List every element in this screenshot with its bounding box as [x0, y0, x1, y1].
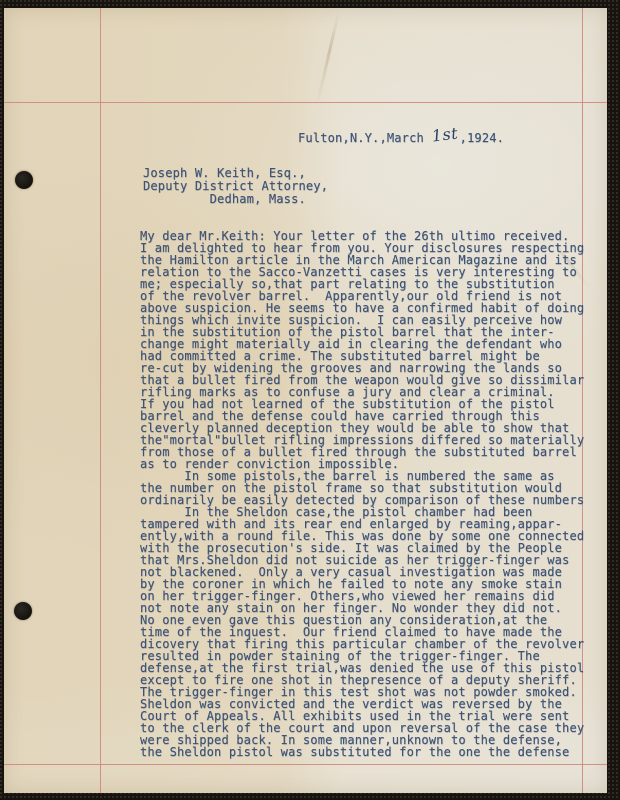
dateline-typed-prefix: Fulton,N.Y.,March [298, 131, 431, 145]
scanner-background: Fulton,N.Y.,March 1st,1924. Joseph W. Ke… [0, 0, 620, 800]
dateline-typed-suffix: ,1924. [460, 131, 504, 145]
top-margin-rule [4, 102, 607, 103]
dateline-handwritten-day: 1st [430, 127, 460, 142]
paper-crease-top [315, 13, 340, 107]
recipient-address-block: Joseph W. Keith, Esq., Deputy District A… [143, 167, 328, 206]
hole-punch-bottom [14, 602, 32, 620]
letter-body-text: My dear Mr.Keith: Your letter of the 26t… [140, 230, 584, 758]
letter-page: Fulton,N.Y.,March 1st,1924. Joseph W. Ke… [4, 8, 607, 793]
left-margin-rule [100, 8, 101, 793]
dateline: Fulton,N.Y.,March 1st,1924. [298, 131, 504, 144]
hole-punch-top [15, 171, 33, 189]
bottom-margin-rule [4, 764, 607, 765]
